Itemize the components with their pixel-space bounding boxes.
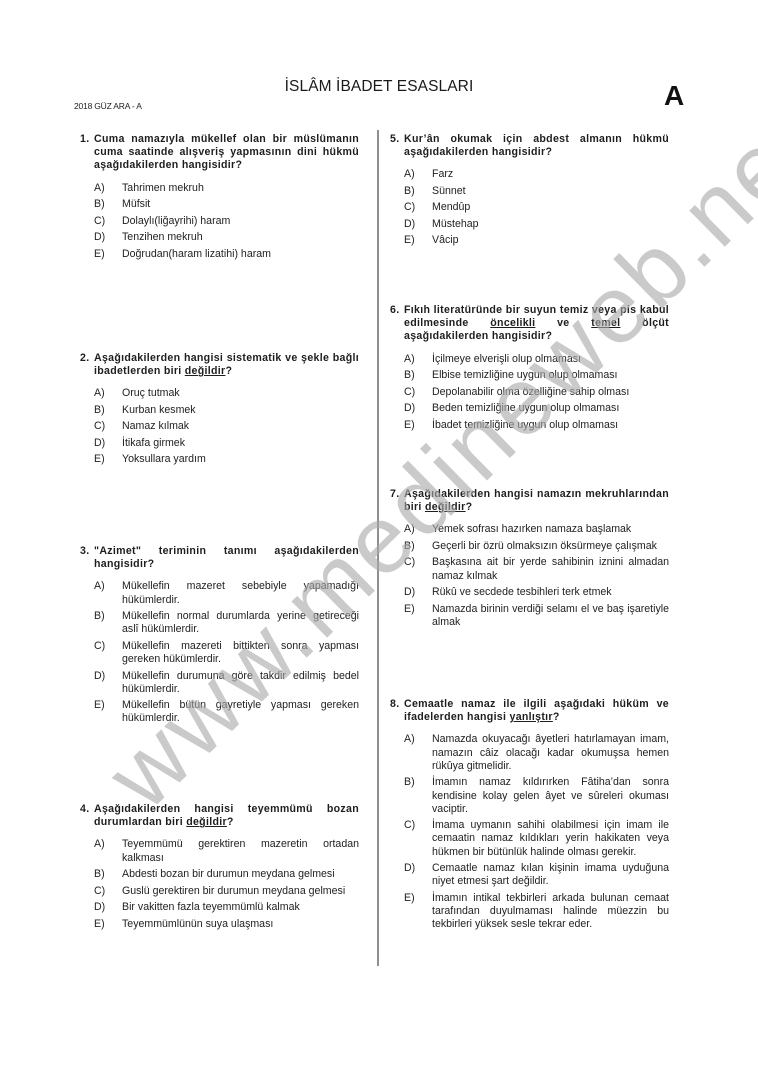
option-letter: B)	[94, 198, 122, 211]
option-text: Rükû ve secdede tesbihleri terk etmek	[432, 586, 669, 599]
answer-option: E)Doğrudan(haram lizatihi) haram	[94, 248, 359, 261]
option-text: Mükellefin mazeret sebebiyle yapamadığı …	[122, 580, 359, 606]
option-letter: C)	[404, 819, 432, 859]
answer-option: B)Sünnet	[404, 185, 669, 198]
question-text: Aşağıdakilerden hangisi teyemmümü bozan …	[94, 803, 359, 829]
question-stem: 1.Cuma namazıyla mükellef olan bir müslü…	[80, 133, 359, 173]
answer-option: C)Başkasına ait bir yerde sahibinin izni…	[404, 556, 669, 582]
answer-option: E)Teyemmümlünün suya ulaşması	[94, 918, 359, 931]
question-number: 3.	[80, 545, 94, 571]
option-text: Beden temizliğine uygun olup olmaması	[432, 402, 669, 415]
question-stem: 4.Aşağıdakilerden hangisi teyemmümü boza…	[80, 803, 359, 829]
question-5: 5.Kur’ân okumak için abdest almanın hükm…	[390, 133, 669, 251]
answer-option: E)İmamın intikal tekbirleri arkada bulun…	[404, 892, 669, 932]
answer-option: D)Müstehap	[404, 218, 669, 231]
emphasis-underline: değildir	[185, 365, 226, 377]
option-letter: D)	[404, 862, 432, 888]
question-4: 4.Aşağıdakilerden hangisi teyemmümü boza…	[80, 803, 359, 934]
option-letter: C)	[94, 640, 122, 666]
option-text: Namazda okuyacağı âyetleri hatırlamayan …	[432, 733, 669, 773]
question-text: Kur’ân okumak için abdest almanın hükmü …	[404, 133, 669, 159]
answer-option: E)Yoksullara yardım	[94, 453, 359, 466]
option-text: Depolanabilir olma özelliğine sahip olma…	[432, 386, 669, 399]
option-text: Doğrudan(haram lizatihi) haram	[122, 248, 359, 261]
option-letter: B)	[404, 776, 432, 816]
question-8: 8.Cemaatle namaz ile ilgili aşağıdaki hü…	[390, 698, 669, 935]
question-number: 2.	[80, 352, 94, 378]
option-text: İçilmeye elverişli olup olmaması	[432, 353, 669, 366]
option-text: İmamın namaz kıldırırken Fâtiha’dan sonr…	[432, 776, 669, 816]
option-text: Mükellefin mazereti bittikten sonra yapm…	[122, 640, 359, 666]
option-letter: E)	[94, 918, 122, 931]
option-text: Başkasına ait bir yerde sahibinin iznini…	[432, 556, 669, 582]
answer-options: A)İçilmeye elverişli olup olmamasıB)Elbi…	[390, 353, 669, 432]
answer-option: B)Geçerli bir özrü olmaksızın öksürmeye …	[404, 540, 669, 553]
answer-options: A)Yemek sofrası hazırken namaza başlamak…	[390, 523, 669, 629]
answer-options: A)Mükellefin mazeret sebebiyle yapamadığ…	[80, 580, 359, 725]
option-letter: A)	[94, 182, 122, 195]
answer-option: B)İmamın namaz kıldırırken Fâtiha’dan so…	[404, 776, 669, 816]
answer-option: E)Mükellefin bütün gayretiyle yapması ge…	[94, 699, 359, 725]
answer-option: C)Depolanabilir olma özelliğine sahip ol…	[404, 386, 669, 399]
answer-option: B)Müfsit	[94, 198, 359, 211]
option-letter: C)	[404, 201, 432, 214]
option-text: Farz	[432, 168, 669, 181]
option-letter: B)	[94, 610, 122, 636]
option-letter: E)	[404, 419, 432, 432]
answer-option: C)Dolaylı(liğayrihi) haram	[94, 215, 359, 228]
option-text: Sünnet	[432, 185, 669, 198]
answer-option: C)Guslü gerektiren bir durumun meydana g…	[94, 885, 359, 898]
option-text: Mükellefin bütün gayretiyle yapması gere…	[122, 699, 359, 725]
answer-option: A)Farz	[404, 168, 669, 181]
option-text: Tahrimen mekruh	[122, 182, 359, 195]
answer-option: C)Mükellefin mazereti bittikten sonra ya…	[94, 640, 359, 666]
option-text: Mendûp	[432, 201, 669, 214]
option-letter: B)	[94, 404, 122, 417]
option-letter: E)	[404, 234, 432, 247]
question-7: 7.Aşağıdakilerden hangisi namazın mekruh…	[390, 488, 669, 632]
option-letter: C)	[94, 215, 122, 228]
option-text: Oruç tutmak	[122, 387, 359, 400]
option-text: Teyemmümü gerektiren mazeretin ortadan k…	[122, 838, 359, 864]
option-text: Yoksullara yardım	[122, 453, 359, 466]
option-text: Mükellefin normal durumlarda yerine geti…	[122, 610, 359, 636]
option-text: Abdesti bozan bir durumun meydana gelmes…	[122, 868, 359, 881]
answer-option: B)Mükellefin normal durumlarda yerine ge…	[94, 610, 359, 636]
option-letter: A)	[94, 580, 122, 606]
option-letter: D)	[94, 670, 122, 696]
option-letter: D)	[94, 231, 122, 244]
answer-option: A)Tahrimen mekruh	[94, 182, 359, 195]
answer-option: B)Abdesti bozan bir durumun meydana gelm…	[94, 868, 359, 881]
answer-option: D)Cemaatle namaz kılan kişinin imama uyd…	[404, 862, 669, 888]
option-text: İtikafa girmek	[122, 437, 359, 450]
option-text: İmama uymanın sahihi olabilmesi için ima…	[432, 819, 669, 859]
option-letter: B)	[404, 540, 432, 553]
question-number: 4.	[80, 803, 94, 829]
option-letter: E)	[94, 248, 122, 261]
page-title: İSLÂM İBADET ESASLARI	[0, 78, 758, 96]
answer-option: A)Oruç tutmak	[94, 387, 359, 400]
question-6: 6.Fıkıh literatüründe bir suyun temiz ve…	[390, 304, 669, 435]
option-letter: E)	[94, 453, 122, 466]
emphasis-underline: değildir	[425, 501, 466, 513]
answer-option: C)Namaz kılmak	[94, 420, 359, 433]
exam-code: 2018 GÜZ ARA - A	[74, 101, 142, 111]
answer-option: D)Beden temizliğine uygun olup olmaması	[404, 402, 669, 415]
answer-option: E)Vâcip	[404, 234, 669, 247]
emphasis-underline: temel	[591, 317, 620, 329]
answer-option: B)Kurban kesmek	[94, 404, 359, 417]
option-letter: D)	[94, 437, 122, 450]
question-1: 1.Cuma namazıyla mükellef olan bir müslü…	[80, 133, 359, 264]
option-letter: C)	[94, 420, 122, 433]
answer-options: A)Tahrimen mekruhB)MüfsitC)Dolaylı(liğay…	[80, 182, 359, 261]
question-number: 5.	[390, 133, 404, 159]
question-stem: 5.Kur’ân okumak için abdest almanın hükm…	[390, 133, 669, 159]
answer-option: A)Yemek sofrası hazırken namaza başlamak	[404, 523, 669, 536]
emphasis-underline: öncelikli	[490, 317, 535, 329]
option-text: Müstehap	[432, 218, 669, 231]
option-text: Müfsit	[122, 198, 359, 211]
column-divider	[377, 130, 379, 966]
question-stem: 7.Aşağıdakilerden hangisi namazın mekruh…	[390, 488, 669, 514]
answer-option: B)Elbise temizliğine uygun olup olmaması	[404, 369, 669, 382]
answer-option: D)Mükellefin durumuna göre takdir edilmi…	[94, 670, 359, 696]
option-letter: A)	[404, 168, 432, 181]
answer-options: A)Oruç tutmakB)Kurban kesmekC)Namaz kılm…	[80, 387, 359, 466]
option-text: Teyemmümlünün suya ulaşması	[122, 918, 359, 931]
answer-option: A)İçilmeye elverişli olup olmaması	[404, 353, 669, 366]
question-number: 1.	[80, 133, 94, 173]
question-text: Fıkıh literatüründe bir suyun temiz veya…	[404, 304, 669, 344]
option-text: Vâcip	[432, 234, 669, 247]
option-letter: B)	[404, 185, 432, 198]
emphasis-underline: yanlıştır	[510, 711, 553, 723]
answer-option: D)Tenzihen mekruh	[94, 231, 359, 244]
option-text: Kurban kesmek	[122, 404, 359, 417]
answer-option: A)Teyemmümü gerektiren mazeretin ortadan…	[94, 838, 359, 864]
answer-option: E)Namazda birinin verdiği selamı el ve b…	[404, 603, 669, 629]
answer-option: A)Mükellefin mazeret sebebiyle yapamadığ…	[94, 580, 359, 606]
option-letter: A)	[404, 733, 432, 773]
option-text: Bir vakitten fazla teyemmümlü kalmak	[122, 901, 359, 914]
answer-options: A)Namazda okuyacağı âyetleri hatırlamaya…	[390, 733, 669, 931]
option-letter: C)	[404, 556, 432, 582]
question-stem: 3."Azimet" teriminin tanımı aşağıdakiler…	[80, 545, 359, 571]
question-text: "Azimet" teriminin tanımı aşağıdakilerde…	[94, 545, 359, 571]
question-text: Aşağıdakilerden hangisi sistematik ve şe…	[94, 352, 359, 378]
question-stem: 6.Fıkıh literatüründe bir suyun temiz ve…	[390, 304, 669, 344]
option-letter: C)	[94, 885, 122, 898]
option-letter: A)	[404, 523, 432, 536]
option-letter: C)	[404, 386, 432, 399]
emphasis-underline: değildir	[186, 816, 227, 828]
option-letter: D)	[404, 402, 432, 415]
option-text: İmamın intikal tekbirleri arkada bulunan…	[432, 892, 669, 932]
option-text: Tenzihen mekruh	[122, 231, 359, 244]
question-number: 8.	[390, 698, 404, 724]
option-text: Elbise temizliğine uygun olup olmaması	[432, 369, 669, 382]
option-letter: B)	[94, 868, 122, 881]
question-text: Aşağıdakilerden hangisi namazın mekruhla…	[404, 488, 669, 514]
question-3: 3."Azimet" teriminin tanımı aşağıdakiler…	[80, 545, 359, 729]
option-text: Namazda birinin verdiği selamı el ve baş…	[432, 603, 669, 629]
answer-option: A)Namazda okuyacağı âyetleri hatırlamaya…	[404, 733, 669, 773]
question-text: Cemaatle namaz ile ilgili aşağıdaki hükü…	[404, 698, 669, 724]
option-letter: E)	[94, 699, 122, 725]
option-text: İbadet temizliğine uygun olup olmaması	[432, 419, 669, 432]
option-letter: A)	[94, 387, 122, 400]
question-stem: 8.Cemaatle namaz ile ilgili aşağıdaki hü…	[390, 698, 669, 724]
answer-option: D)Bir vakitten fazla teyemmümlü kalmak	[94, 901, 359, 914]
option-text: Guslü gerektiren bir durumun meydana gel…	[122, 885, 359, 898]
option-letter: E)	[404, 892, 432, 932]
booklet-letter: A	[664, 80, 684, 112]
answer-options: A)Teyemmümü gerektiren mazeretin ortadan…	[80, 838, 359, 930]
answer-option: C)Mendûp	[404, 201, 669, 214]
question-stem: 2.Aşağıdakilerden hangisi sistematik ve …	[80, 352, 359, 378]
option-letter: D)	[404, 218, 432, 231]
answer-option: C)İmama uymanın sahihi olabilmesi için i…	[404, 819, 669, 859]
option-letter: E)	[404, 603, 432, 629]
exam-page: İSLÂM İBADET ESASLARI 2018 GÜZ ARA - A A…	[0, 0, 758, 1072]
question-2: 2.Aşağıdakilerden hangisi sistematik ve …	[80, 352, 359, 470]
answer-option: D)Rükû ve secdede tesbihleri terk etmek	[404, 586, 669, 599]
option-letter: B)	[404, 369, 432, 382]
question-text: Cuma namazıyla mükellef olan bir müslüma…	[94, 133, 359, 173]
question-number: 7.	[390, 488, 404, 514]
option-text: Mükellefin durumuna göre takdir edilmiş …	[122, 670, 359, 696]
answer-option: D)İtikafa girmek	[94, 437, 359, 450]
option-text: Yemek sofrası hazırken namaza başlamak	[432, 523, 669, 536]
option-text: Geçerli bir özrü olmaksızın öksürmeye ça…	[432, 540, 669, 553]
option-text: Cemaatle namaz kılan kişinin imama uyduğ…	[432, 862, 669, 888]
answer-options: A)FarzB)SünnetC)MendûpD)MüstehapE)Vâcip	[390, 168, 669, 247]
answer-option: E)İbadet temizliğine uygun olup olmaması	[404, 419, 669, 432]
option-text: Dolaylı(liğayrihi) haram	[122, 215, 359, 228]
option-letter: A)	[94, 838, 122, 864]
option-text: Namaz kılmak	[122, 420, 359, 433]
question-number: 6.	[390, 304, 404, 344]
option-letter: D)	[94, 901, 122, 914]
option-letter: A)	[404, 353, 432, 366]
option-letter: D)	[404, 586, 432, 599]
